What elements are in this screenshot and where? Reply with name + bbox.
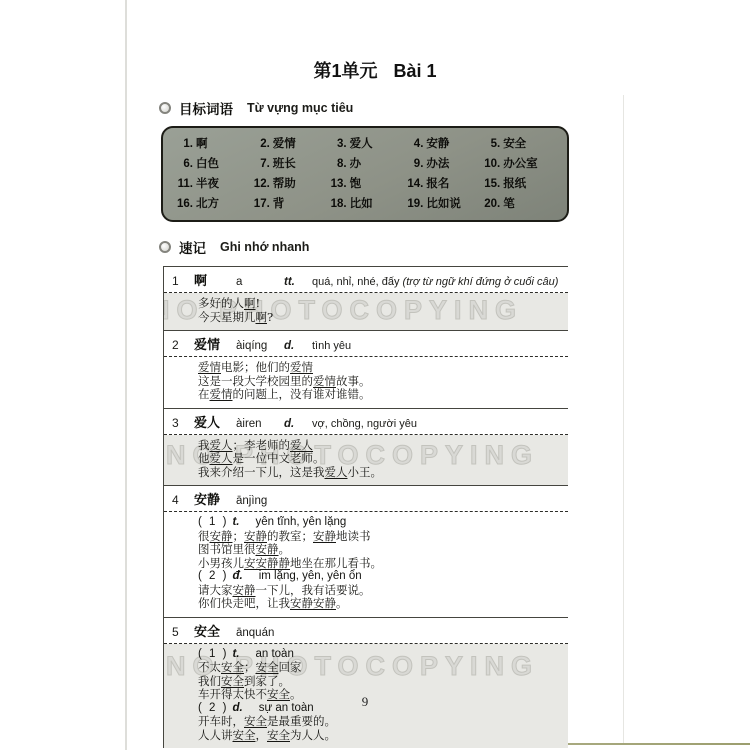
- vocab-item-number: 17.: [250, 194, 270, 214]
- entry-header: 3 爱人 àiren d. vợ, chồng, người yêu: [164, 409, 568, 435]
- vocab-item: 13.饱: [327, 174, 404, 194]
- section-vocab-title-zh: 目标词语: [179, 98, 233, 118]
- vocab-item-number: 10.: [480, 154, 500, 174]
- vocab-item-number: 4.: [403, 134, 423, 154]
- vocab-item: 15.报纸: [480, 174, 557, 194]
- entry-meaning: vợ, chồng, người yêu: [312, 418, 568, 430]
- vocab-item: 17.背: [250, 194, 327, 214]
- vocab-item-word: 爱情: [273, 138, 296, 150]
- entry-word: 啊: [194, 270, 236, 289]
- sense-number: ( 1 ): [198, 648, 228, 660]
- entry-meaning-text: tình yêu: [312, 340, 351, 352]
- vocab-item: 2.爱情: [250, 134, 327, 154]
- vocab-item-word: 半夜: [196, 178, 219, 190]
- entry: 1 啊 a tt. quá, nhỉ, nhé, đấy (trợ từ ngữ…: [164, 266, 568, 330]
- example-line: 车开得太快不安全。: [198, 688, 568, 702]
- section-vocab-title-vi: Từ vựng mục tiêu: [247, 101, 353, 115]
- vocab-item-word: 白色: [196, 158, 219, 170]
- vocab-item: 14.报名: [403, 174, 480, 194]
- entry-word: 爱情: [194, 334, 236, 353]
- entry-header: 1 啊 a tt. quá, nhỉ, nhé, đấy (trợ từ ngữ…: [164, 267, 568, 293]
- entry-number: 5: [172, 625, 194, 639]
- section-notes-title-zh: 速记: [179, 237, 206, 257]
- sense-number: ( 1 ): [198, 516, 228, 528]
- example-line: 我爱人；李老师的爱人: [198, 439, 568, 453]
- vocab-item: 19.比如说: [403, 194, 480, 214]
- sense-line: ( 2 )đ.im lặng, yên, yên ổn: [198, 570, 568, 584]
- entry-pinyin: ānquán: [236, 627, 284, 639]
- vocab-item-word: 报纸: [503, 178, 526, 190]
- example-line: 很安静；安静的教室；安静地读书: [198, 530, 568, 544]
- unit-title-zh: 第1单元: [313, 61, 377, 81]
- vocab-item: 11.半夜: [173, 174, 250, 194]
- example-line: 爱情电影；他们的爱情: [198, 361, 568, 375]
- vocab-item: 20.笔: [480, 194, 557, 214]
- sense-meaning: sự an toàn: [259, 702, 314, 714]
- sense-meaning: an toàn: [255, 648, 293, 660]
- section-header-notes: 速记 Ghi nhớ nhanh: [159, 237, 625, 257]
- entry-word: 爱人: [194, 412, 236, 431]
- entry-examples: ( 1 )t.yên tĩnh, yên lặng很安静；安静的教室；安静地读书…: [164, 512, 568, 617]
- example-line: 人人讲安全，安全为人人。: [198, 729, 568, 743]
- vocab-item: 3.爱人: [327, 134, 404, 154]
- vocab-item-word: 比如说: [426, 198, 461, 210]
- vocab-item-number: 9.: [403, 154, 423, 174]
- entry-pinyin: àiren: [236, 418, 284, 430]
- unit-title-vi: Bài 1: [393, 61, 436, 81]
- example-line: 今天星期几啊?: [198, 311, 568, 325]
- vocab-item: 1.啊: [173, 134, 250, 154]
- vocab-item-number: 13.: [327, 174, 347, 194]
- vocab-item-word: 办法: [426, 158, 449, 170]
- vocab-item-number: 7.: [250, 154, 270, 174]
- vocab-item-word: 啊: [196, 138, 208, 150]
- entry: 5 安全 ānquán NO PHOTOCOPYING( 1 )t.an toà…: [164, 617, 568, 749]
- example-line: 图书馆里很安静。: [198, 543, 568, 557]
- entry-word: 安静: [194, 489, 236, 508]
- example-line: 多好的人啊!: [198, 297, 568, 311]
- entry: 4 安静 ānjìng ( 1 )t.yên tĩnh, yên lặng很安静…: [164, 485, 568, 617]
- entry-pos: d.: [284, 340, 312, 352]
- entry-word: 安全: [194, 621, 236, 640]
- entry-number: 2: [172, 338, 194, 352]
- sense-pos: d.: [232, 702, 242, 714]
- vocab-item-word: 北方: [196, 198, 219, 210]
- vocab-item: 16.北方: [173, 194, 250, 214]
- entry-examples: 爱情电影；他们的爱情这是一段大学校园里的爱情故事。在爱情的问题上，没有谁对谁错。: [164, 357, 568, 408]
- vocab-item-word: 报名: [426, 178, 449, 190]
- vocab-item-number: 15.: [480, 174, 500, 194]
- vocab-item-word: 比如: [350, 198, 373, 210]
- vocab-item-number: 12.: [250, 174, 270, 194]
- entry-pinyin: ānjìng: [236, 495, 284, 507]
- vocab-item: 10.办公室: [480, 154, 557, 174]
- entry-header: 2 爱情 àiqíng d. tình yêu: [164, 331, 568, 357]
- vocab-item: 18.比如: [327, 194, 404, 214]
- vocab-item-word: 帮助: [273, 178, 296, 190]
- vocab-item-word: 班长: [273, 158, 296, 170]
- entry-number: 3: [172, 416, 194, 430]
- entry-pos: d.: [284, 418, 312, 430]
- entry-number: 1: [172, 274, 194, 288]
- entry-number: 4: [172, 493, 194, 507]
- sense-pos: t.: [232, 648, 239, 660]
- sense-pos: t.: [232, 516, 239, 528]
- vocab-item-number: 19.: [403, 194, 423, 214]
- sense-meaning: yên tĩnh, yên lặng: [255, 516, 346, 528]
- entry-header: 5 安全 ānquán: [164, 618, 568, 644]
- sense-line: ( 2 )d.sự an toàn: [198, 702, 568, 716]
- vocab-item-word: 饱: [350, 178, 362, 190]
- vocab-item-word: 安全: [503, 138, 526, 150]
- entry-meaning-text: vợ, chồng, người yêu: [312, 418, 417, 430]
- entry-meaning: quá, nhỉ, nhé, đấy (trợ từ ngữ khí đứng …: [312, 276, 568, 288]
- sense-number: ( 2 ): [198, 702, 228, 714]
- example-line: 不太安全；安全回家: [198, 661, 568, 675]
- vocab-item-number: 8.: [327, 154, 347, 174]
- sense-line: ( 1 )t.yên tĩnh, yên lặng: [198, 516, 568, 530]
- example-line: 开车时，安全是最重要的。: [198, 715, 568, 729]
- page-title: 第1单元Bài 1: [125, 57, 625, 83]
- vocab-item-word: 背: [273, 198, 285, 210]
- example-line: 请大家安静一下儿，我有话要说。: [198, 584, 568, 598]
- vocab-item: 8.办: [327, 154, 404, 174]
- vocab-item-number: 11.: [173, 174, 193, 194]
- example-line: 在爱情的问题上，没有谁对谁错。: [198, 388, 568, 402]
- sense-number: ( 2 ): [198, 570, 228, 582]
- entry-pinyin: a: [236, 276, 284, 288]
- entry-pos: tt.: [284, 276, 312, 288]
- vocab-item-word: 笔: [503, 198, 515, 210]
- ring-bullet-icon: [159, 241, 171, 253]
- entry: 3 爱人 àiren d. vợ, chồng, người yêu NO PH…: [164, 408, 568, 486]
- vocab-item: 6.白色: [173, 154, 250, 174]
- vocab-item-number: 20.: [480, 194, 500, 214]
- vocab-item: 7.班长: [250, 154, 327, 174]
- vocab-item-number: 1.: [173, 134, 193, 154]
- vocab-item-number: 14.: [403, 174, 423, 194]
- sense-line: ( 1 )t.an toàn: [198, 648, 568, 662]
- example-line: 小男孩儿安安静静地坐在那儿看书。: [198, 557, 568, 571]
- vocab-item-number: 18.: [327, 194, 347, 214]
- vocab-item-word: 办: [350, 158, 362, 170]
- example-line: 我们安全到家了。: [198, 675, 568, 689]
- ring-bullet-icon: [159, 102, 171, 114]
- vocab-item-number: 6.: [173, 154, 193, 174]
- vocab-item-number: 5.: [480, 134, 500, 154]
- vocab-item-word: 爱人: [350, 138, 373, 150]
- section-notes-title-vi: Ghi nhớ nhanh: [220, 240, 309, 254]
- entry-examples: NO PHOTOCOPYING( 1 )t.an toàn不太安全；安全回家我们…: [164, 644, 568, 749]
- vocab-item: 9.办法: [403, 154, 480, 174]
- entry-examples: NO PHOTOCOPYING多好的人啊!今天星期几啊?: [164, 293, 568, 330]
- section-header-vocab: 目标词语 Từ vựng mục tiêu: [159, 98, 625, 118]
- entry-pinyin: àiqíng: [236, 340, 284, 352]
- vocab-box: 1.啊2.爱情3.爱人4.安静5.安全6.白色7.班长8.办9.办法10.办公室…: [161, 126, 569, 222]
- entry-header: 4 安静 ānjìng: [164, 486, 568, 512]
- vocab-item-number: 2.: [250, 134, 270, 154]
- vocab-grid: 1.啊2.爱情3.爱人4.安静5.安全6.白色7.班长8.办9.办法10.办公室…: [163, 134, 567, 214]
- scanned-book-page: 第1单元Bài 1 目标词语 Từ vựng mục tiêu 1.啊2.爱情3…: [125, 0, 625, 750]
- example-line: 我来介绍一下儿，这是我爱人小王。: [198, 466, 568, 480]
- entry-meaning-text: quá, nhỉ, nhé, đấy: [312, 276, 399, 288]
- entries-table: 1 啊 a tt. quá, nhỉ, nhé, đấy (trợ từ ngữ…: [163, 266, 568, 748]
- sense-meaning: im lặng, yên, yên ổn: [259, 570, 362, 582]
- entry: 2 爱情 àiqíng d. tình yêu 爱情电影；他们的爱情这是一段大学…: [164, 330, 568, 408]
- sense-pos: đ.: [232, 570, 242, 582]
- vocab-item-word: 安静: [426, 138, 449, 150]
- example-line: 这是一段大学校园里的爱情故事。: [198, 375, 568, 389]
- example-line: 他爱人是一位中文老师。: [198, 452, 568, 466]
- vocab-item: 4.安静: [403, 134, 480, 154]
- entry-examples: NO PHOTOCOPYING我爱人；李老师的爱人他爱人是一位中文老师。我来介绍…: [164, 435, 568, 486]
- entry-meaning-note: (trợ từ ngữ khí đứng ở cuối câu): [403, 276, 559, 288]
- vocab-item-word: 办公室: [503, 158, 538, 170]
- entry-meaning: tình yêu: [312, 340, 568, 352]
- vocab-item: 5.安全: [480, 134, 557, 154]
- vocab-item-number: 3.: [327, 134, 347, 154]
- vocab-item: 12.帮助: [250, 174, 327, 194]
- vocab-item-number: 16.: [173, 194, 193, 214]
- example-line: 你们快走吧，让我安静安静。: [198, 597, 568, 611]
